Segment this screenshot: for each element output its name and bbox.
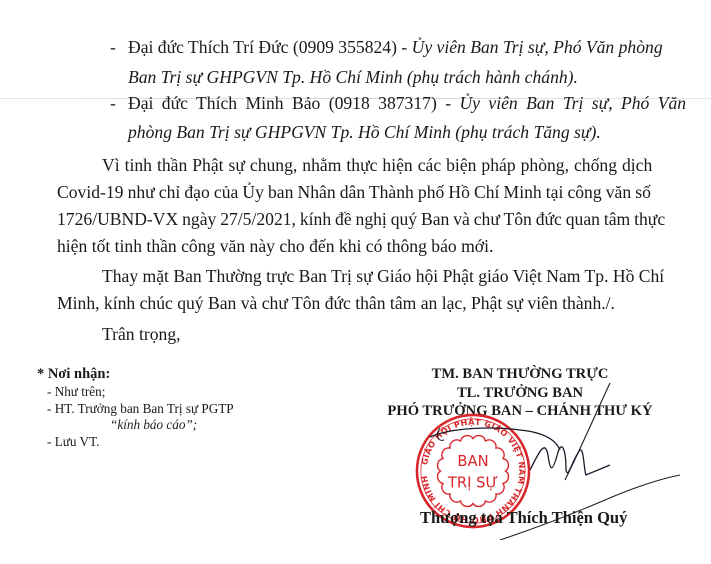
contact-role: Ủy viên Ban Trị sự, Phó Văn [459, 93, 686, 113]
paragraph-line: Vì tinh thần Phật sự chung, nhằm thực hi… [102, 154, 652, 176]
contact-role: Ủy viên Ban Trị sự, Phó Văn phòng [412, 37, 663, 57]
paragraph-line: Thay mặt Ban Thường trực Ban Trị sự Giáo… [102, 265, 664, 287]
stamp-center-line1: BAN [457, 453, 488, 470]
paragraph-line: hiện tốt tinh thần công văn này cho đến … [57, 235, 493, 257]
recipient-item: - Lưu VT. [47, 434, 99, 451]
signature-title-line2: TL. TRƯỞNG BAN [360, 384, 680, 402]
document-page: - Đại đức Thích Trí Đức (0909 355824) - … [0, 0, 711, 564]
paragraph-line: Covid-19 như chỉ đạo của Ủy ban Nhân dân… [57, 181, 651, 203]
paragraph-line: 1726/UBND-VX ngày 27/5/2021, kính đề ngh… [57, 208, 665, 230]
stamp-center-line2: TRỊ SỰ [447, 475, 498, 492]
contact-line: Đại đức Thích Minh Bảo (0918 387317) - Ủ… [128, 92, 706, 114]
contact-line: Đại đức Thích Trí Đức (0909 355824) - Ủy… [128, 36, 706, 58]
paragraph-line: Minh, kính chúc quý Ban và chư Tôn đức t… [57, 292, 615, 314]
signer-name: Thượng tọa Thích Thiện Quý [420, 508, 627, 528]
contact-role-cont: Ban Trị sự GHPGVN Tp. Hồ Chí Minh (phụ t… [128, 66, 578, 88]
contact-name: Đại đức Thích Minh Bảo (0918 387317) - [128, 93, 459, 113]
contact-name: Đại đức Thích Trí Đức (0909 355824) - [128, 37, 412, 57]
recipient-item: - Như trên; [47, 384, 105, 401]
recipient-item: - HT. Trưởng ban Ban Trị sự PGTP [47, 401, 234, 418]
recipient-item-note: “kính báo cáo”; [110, 417, 197, 434]
closing-text: Trân trọng, [102, 323, 181, 345]
bullet-dash: - [110, 92, 116, 114]
recipients-title: * Nơi nhận: [37, 366, 110, 383]
signature-title-line1: TM. BAN THƯỜNG TRỰC [360, 365, 680, 383]
bullet-dash: - [110, 36, 116, 58]
contact-role-cont: phòng Ban Trị sự GHPGVN Tp. Hồ Chí Minh … [128, 121, 601, 143]
